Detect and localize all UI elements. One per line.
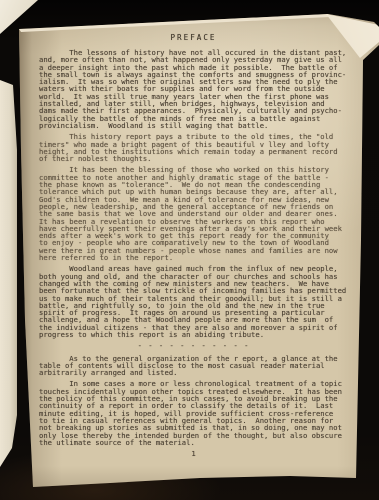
book-page: PREFACE The lessons of history have not …: [0, 0, 379, 500]
section-separator: - - - - - - - - - - -: [39, 342, 348, 349]
book-photo: PREFACE The lessons of history have not …: [0, 0, 379, 500]
paragraph: As to the general organization of the r …: [39, 355, 348, 377]
paragraph: In some cases a more or less chronologic…: [39, 380, 348, 446]
paragraph: It has been the blessing of those who wo…: [39, 166, 348, 261]
page-title: PREFACE: [39, 33, 348, 42]
paragraph: Woodland areas have gained much from the…: [39, 265, 348, 338]
paragraph: The lessons of history have not all occu…: [39, 49, 348, 129]
page-content: PREFACE The lessons of history have not …: [39, 33, 348, 457]
paragraph: This history report pays a tribute to th…: [39, 133, 348, 162]
facing-page-edge: [0, 0, 18, 500]
page-number: 1: [39, 450, 348, 457]
